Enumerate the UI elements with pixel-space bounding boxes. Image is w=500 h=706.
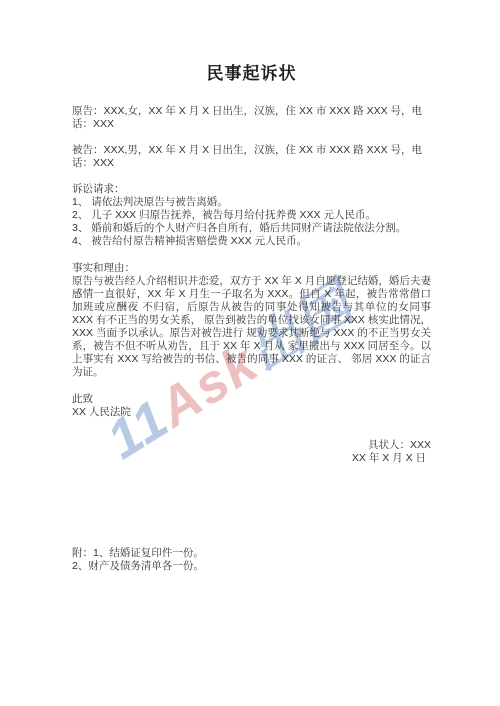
claim-item-3: 3、 婚前和婚后的个人财产归各自所有，婚后共同财产请法院依法分割。 [72,222,431,235]
signature-claimant: 具状人：XXX [72,439,431,452]
attachments-block: 附：1、结婚证复印件一份。 2、财产及债务清单各一份。 [72,547,431,573]
signature-date: XX 年 X 月 X 日 [72,452,431,465]
closing-court: XX 人民法院 [72,406,431,419]
defendant-line: 被告：XXX,男，XX 年 X 月 X 日出生，汉族，住 XX 市 XXX 路 … [72,144,431,170]
attachment-line-1: 附：1、结婚证复印件一份。 [72,547,431,560]
signature-block: 具状人：XXX XX 年 X 月 X 日 [72,439,431,465]
closing-salute: 此致 [72,393,431,406]
claim-item-1: 1、 请依法判决原告与被告离婚。 [72,196,431,209]
plaintiff-line: 原告：XXX,女，XX 年 X 月 X 日出生，汉族，住 XX 市 XXX 路 … [72,105,431,131]
claims-heading: 诉讼请求： [72,183,431,196]
facts-heading: 事实和理由： [72,262,431,275]
document-page: 11Ask出国 民事起诉状 原告：XXX,女，XX 年 X 月 X 日出生，汉族… [0,0,500,706]
claim-item-4: 4、 被告给付原告精神损害赔偿费 XXX 元人民币。 [72,235,431,248]
document-title: 民事起诉状 [72,64,431,84]
attachment-line-2: 2、财产及债务清单各一份。 [72,560,431,573]
document-content: 民事起诉状 原告：XXX,女，XX 年 X 月 X 日出生，汉族，住 XX 市 … [72,0,431,573]
claim-item-2: 2、 儿子 XXX 归原告抚养，被告每月给付抚养费 XXX 元人民币。 [72,209,431,222]
claims-list: 1、 请依法判决原告与被告离婚。 2、 儿子 XXX 归原告抚养，被告每月给付抚… [72,196,431,248]
facts-paragraph: 原告与被告经人介绍相识并恋爱，双方于 XX 年 X 月自愿登记结婚，婚后夫妻感情… [72,275,431,379]
